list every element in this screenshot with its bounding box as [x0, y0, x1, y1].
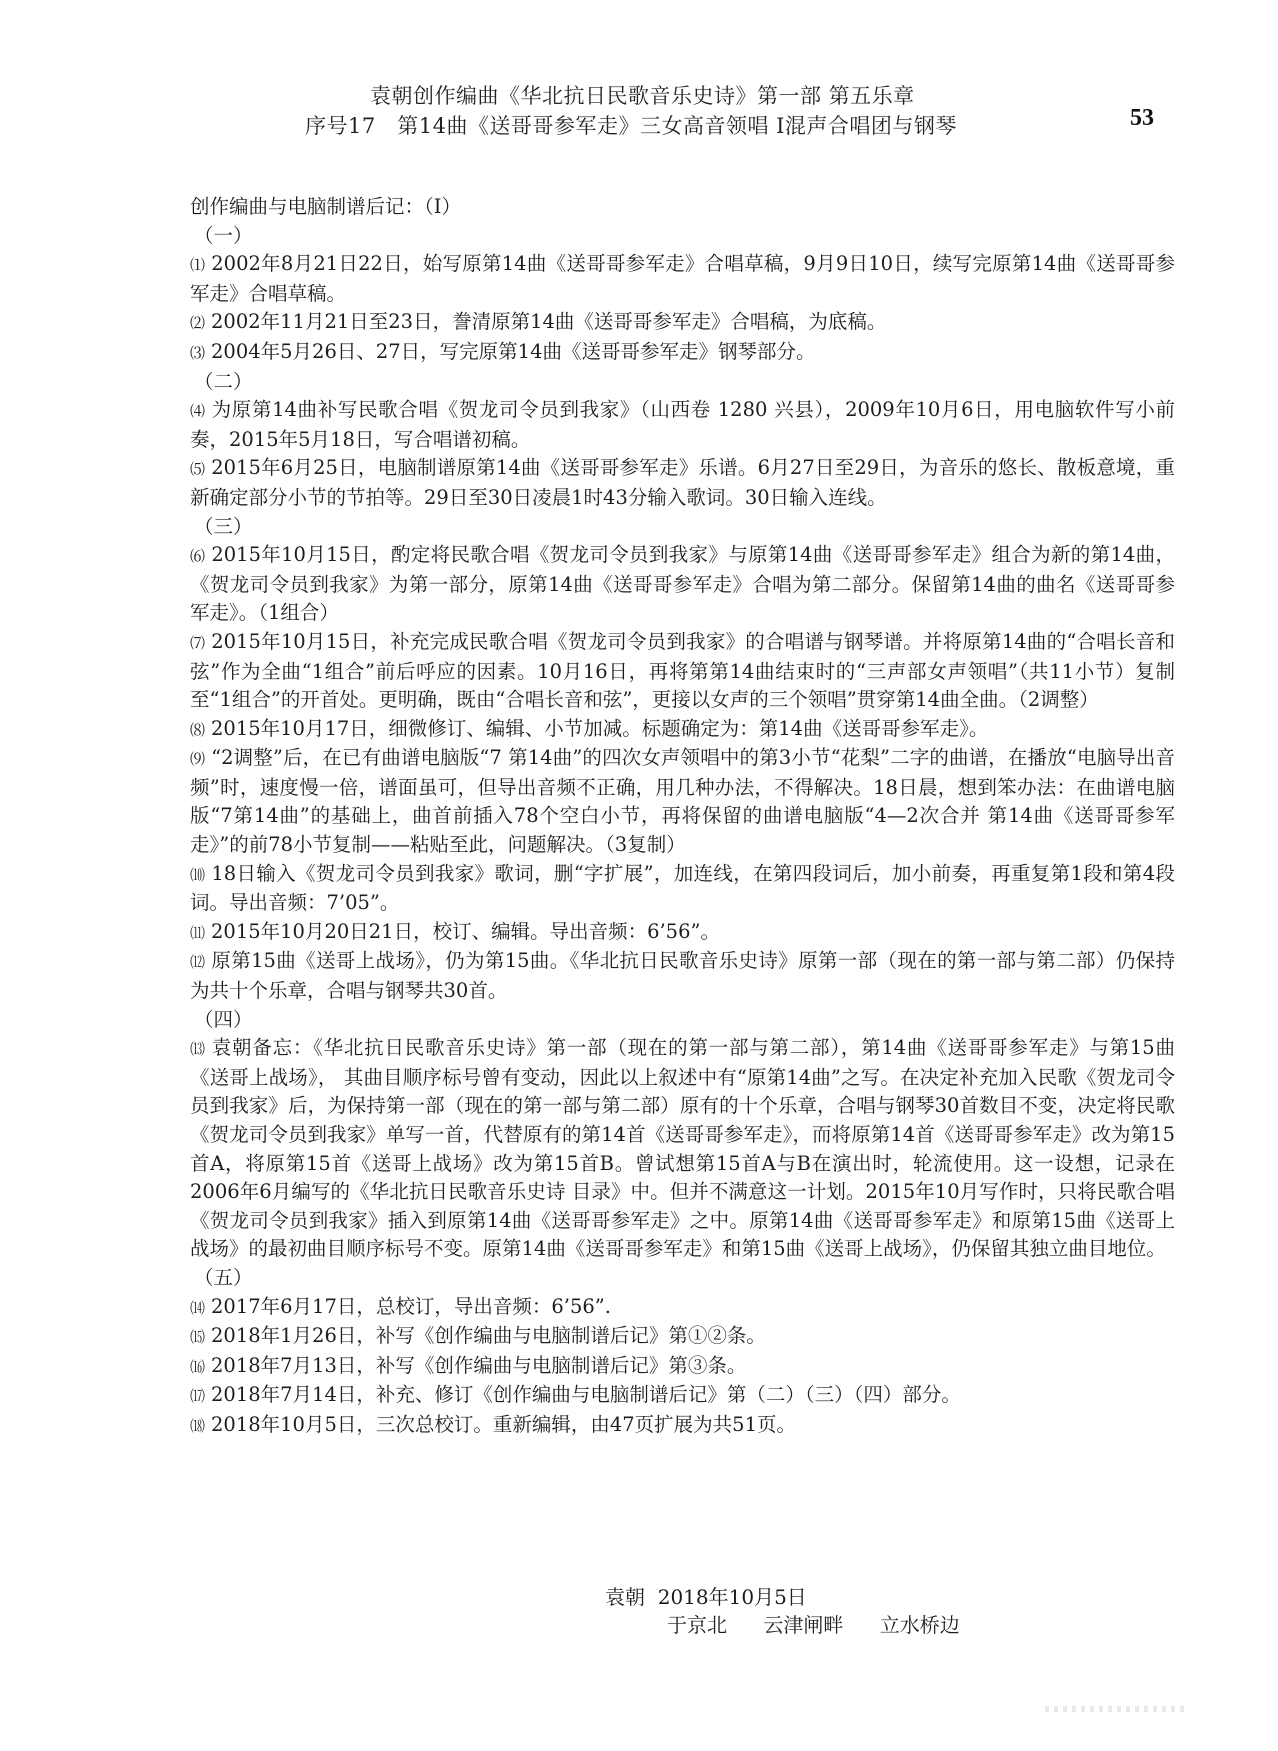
header-title-line: 袁朝创作编曲《华北抗日民歌音乐史诗》第一部 第五乐章 [370, 80, 915, 110]
entry: ⑴2002年8月21日22日，始写原第14曲《送哥哥参军走》合唱草稿，9月9日1… [190, 250, 1175, 308]
signature-author: 袁朝 [605, 1585, 645, 1609]
entry: ⒂2018年1月26日，补写《创作编曲与电脑制谱后记》第①②条。 [190, 1322, 1175, 1352]
entry-text: 2015年10月20日21日，校订、编辑。导出音频：6’56”。 [211, 920, 720, 943]
section-label: （五） [190, 1264, 1175, 1293]
section-2: （二） ⑷为原第14曲补写民歌合唱《贺龙司令员到我家》（山西卷 1280 兴县）… [190, 368, 1175, 513]
entry-number: ⑻ [190, 721, 205, 739]
entry: ⑹2015年10月15日，酌定将民歌合唱《贺龙司令员到我家》与原第14曲《送哥哥… [190, 541, 1175, 628]
entry-text: “2调整”后，在已有曲谱电脑版“7 第14曲”的四次女声领唱中的第3小节“花梨”… [190, 746, 1175, 856]
entry-number: ⑷ [190, 402, 206, 420]
afterword-body: 创作编曲与电脑制谱后记：（Ⅰ） （一） ⑴2002年8月21日22日，始写原第1… [190, 193, 1175, 1441]
entry-text: 2015年10月15日，补充完成民歌合唱《贺龙司令员到我家》的合唱谱与钢琴谱。并… [190, 630, 1175, 711]
afterword-title: 创作编曲与电脑制谱后记：（Ⅰ） [190, 193, 1175, 222]
entry: ⑵2002年11月21日至23日，誊清原第14曲《送哥哥参军走》合唱稿，为底稿。 [190, 308, 1175, 338]
entry: ⑻2015年10月17日，细微修订、编辑、小节加减。标题确定为：第14曲《送哥哥… [190, 715, 1175, 745]
entry: ⒅2018年10月5日，三次总校订。重新编辑，由47页扩展为共51页。 [190, 1411, 1175, 1441]
entry: ⒁2017年6月17日，总校订，导出音频：6’56”. [190, 1293, 1175, 1323]
signature-date: 2018年10月5日 [658, 1585, 807, 1609]
entry: ⑶2004年5月26日、27日，写完原第14曲《送哥哥参军走》钢琴部分。 [190, 338, 1175, 368]
entry-number: ⑸ [190, 460, 205, 478]
entry: ⑺2015年10月15日，补充完成民歌合唱《贺龙司令员到我家》的合唱谱与钢琴谱。… [190, 628, 1175, 715]
faint-watermark [1045, 1706, 1185, 1712]
entry: ⑽18日输入《贺龙司令员到我家》歌词，删“字扩展”，加连线，在第四段词后，加小前… [190, 860, 1175, 918]
section-3: （三） ⑹2015年10月15日，酌定将民歌合唱《贺龙司令员到我家》与原第14曲… [190, 513, 1175, 1006]
entry-number: ⑶ [190, 344, 205, 362]
entry-number: ⑾ [190, 924, 205, 942]
signature-places: 于京北 云津闸畔 立水桥边 [605, 1611, 990, 1639]
entry-text: 2015年10月17日，细微修订、编辑、小节加减。标题确定为：第14曲《送哥哥参… [211, 717, 988, 740]
signature-author-date: 袁朝 2018年10月5日 [605, 1583, 990, 1611]
entry-number: ⒀ [190, 1040, 206, 1058]
entry-text: 2015年10月15日，酌定将民歌合唱《贺龙司令员到我家》与原第14曲《送哥哥参… [190, 543, 1175, 624]
entry-text: 2015年6月25日，电脑制谱原第14曲《送哥哥参军走》乐谱。6月27日至29日… [190, 456, 1175, 509]
section-label: （三） [190, 513, 1175, 542]
page-number: 53 [1130, 105, 1154, 132]
entry-number: ⑽ [190, 866, 205, 884]
entry-number: ⒄ [190, 1387, 205, 1405]
entry-text: 原第15曲《送哥上战场》，仍为第15曲。《华北抗日民歌音乐史诗》原第一部（现在的… [190, 949, 1175, 1002]
entry-number: ⒂ [190, 1328, 205, 1346]
entry-text: 2018年7月14日，补充、修订《创作编曲与电脑制谱后记》第（二）（三）（四）部… [211, 1383, 961, 1406]
entry: ⒀袁朝备忘：《华北抗日民歌音乐史诗》第一部（现在的第一部与第二部），第14曲《送… [190, 1034, 1175, 1264]
section-label: （四） [190, 1006, 1175, 1035]
entry-number: ⑵ [190, 314, 205, 332]
section-5: （五） ⒁2017年6月17日，总校订，导出音频：6’56”. ⒂2018年1月… [190, 1264, 1175, 1441]
entry-number: ⑴ [190, 256, 205, 274]
entry: ⑸2015年6月25日，电脑制谱原第14曲《送哥哥参军走》乐谱。6月27日至29… [190, 454, 1175, 512]
entry-text: 2018年10月5日，三次总校订。重新编辑，由47页扩展为共51页。 [211, 1413, 796, 1436]
entry-number: ⒅ [190, 1417, 205, 1435]
entry-number: ⑿ [190, 953, 205, 971]
entry-text: 18日输入《贺龙司令员到我家》歌词，删“字扩展”，加连线，在第四段词后，加小前奏… [190, 862, 1175, 915]
section-1: （一） ⑴2002年8月21日22日，始写原第14曲《送哥哥参军走》合唱草稿，9… [190, 222, 1175, 368]
entry-text: 2004年5月26日、27日，写完原第14曲《送哥哥参军走》钢琴部分。 [211, 340, 815, 363]
entry: ⒄2018年7月14日，补充、修订《创作编曲与电脑制谱后记》第（二）（三）（四）… [190, 1381, 1175, 1411]
entry: ⒃2018年7月13日，补写《创作编曲与电脑制谱后记》第③条。 [190, 1352, 1175, 1382]
entry: ⑾2015年10月20日21日，校订、编辑。导出音频：6’56”。 [190, 918, 1175, 948]
signature-place: 于京北 [667, 1613, 727, 1637]
header-subtitle-line: 序号17 第14曲《送哥哥参军走》三女高音领唱 Ⅰ混声合唱团与钢琴 [305, 110, 957, 140]
entry-number: ⒁ [190, 1299, 205, 1317]
entry-number: ⒃ [190, 1358, 205, 1376]
section-label: （一） [190, 222, 1175, 251]
entry-text: 2002年11月21日至23日，誊清原第14曲《送哥哥参军走》合唱稿，为底稿。 [211, 310, 886, 333]
entry-number: ⑺ [190, 634, 205, 652]
section-label: （二） [190, 368, 1175, 397]
entry-number: ⑼ [190, 750, 205, 768]
entry: ⑿原第15曲《送哥上战场》，仍为第15曲。《华北抗日民歌音乐史诗》原第一部（现在… [190, 947, 1175, 1005]
signature-block: 袁朝 2018年10月5日 于京北 云津闸畔 立水桥边 [605, 1583, 990, 1639]
signature-place: 云津闸畔 [763, 1613, 843, 1637]
entry-text: 2018年7月13日，补写《创作编曲与电脑制谱后记》第③条。 [211, 1354, 746, 1377]
entry-number: ⑹ [190, 547, 205, 565]
entry-text: 2002年8月21日22日，始写原第14曲《送哥哥参军走》合唱草稿，9月9日10… [190, 252, 1175, 305]
entry: ⑼“2调整”后，在已有曲谱电脑版“7 第14曲”的四次女声领唱中的第3小节“花梨… [190, 744, 1175, 859]
entry-text: 为原第14曲补写民歌合唱《贺龙司令员到我家》（山西卷 1280 兴县），2009… [190, 398, 1175, 451]
entry: ⑷为原第14曲补写民歌合唱《贺龙司令员到我家》（山西卷 1280 兴县），200… [190, 396, 1175, 454]
entry-text: 2018年1月26日，补写《创作编曲与电脑制谱后记》第①②条。 [211, 1324, 766, 1347]
entry-text: 袁朝备忘：《华北抗日民歌音乐史诗》第一部（现在的第一部与第二部），第14曲《送哥… [190, 1036, 1175, 1260]
section-4: （四） ⒀袁朝备忘：《华北抗日民歌音乐史诗》第一部（现在的第一部与第二部），第1… [190, 1006, 1175, 1264]
entry-text: 2017年6月17日，总校订，导出音频：6’56”. [211, 1295, 611, 1318]
signature-place: 立水桥边 [880, 1613, 960, 1637]
